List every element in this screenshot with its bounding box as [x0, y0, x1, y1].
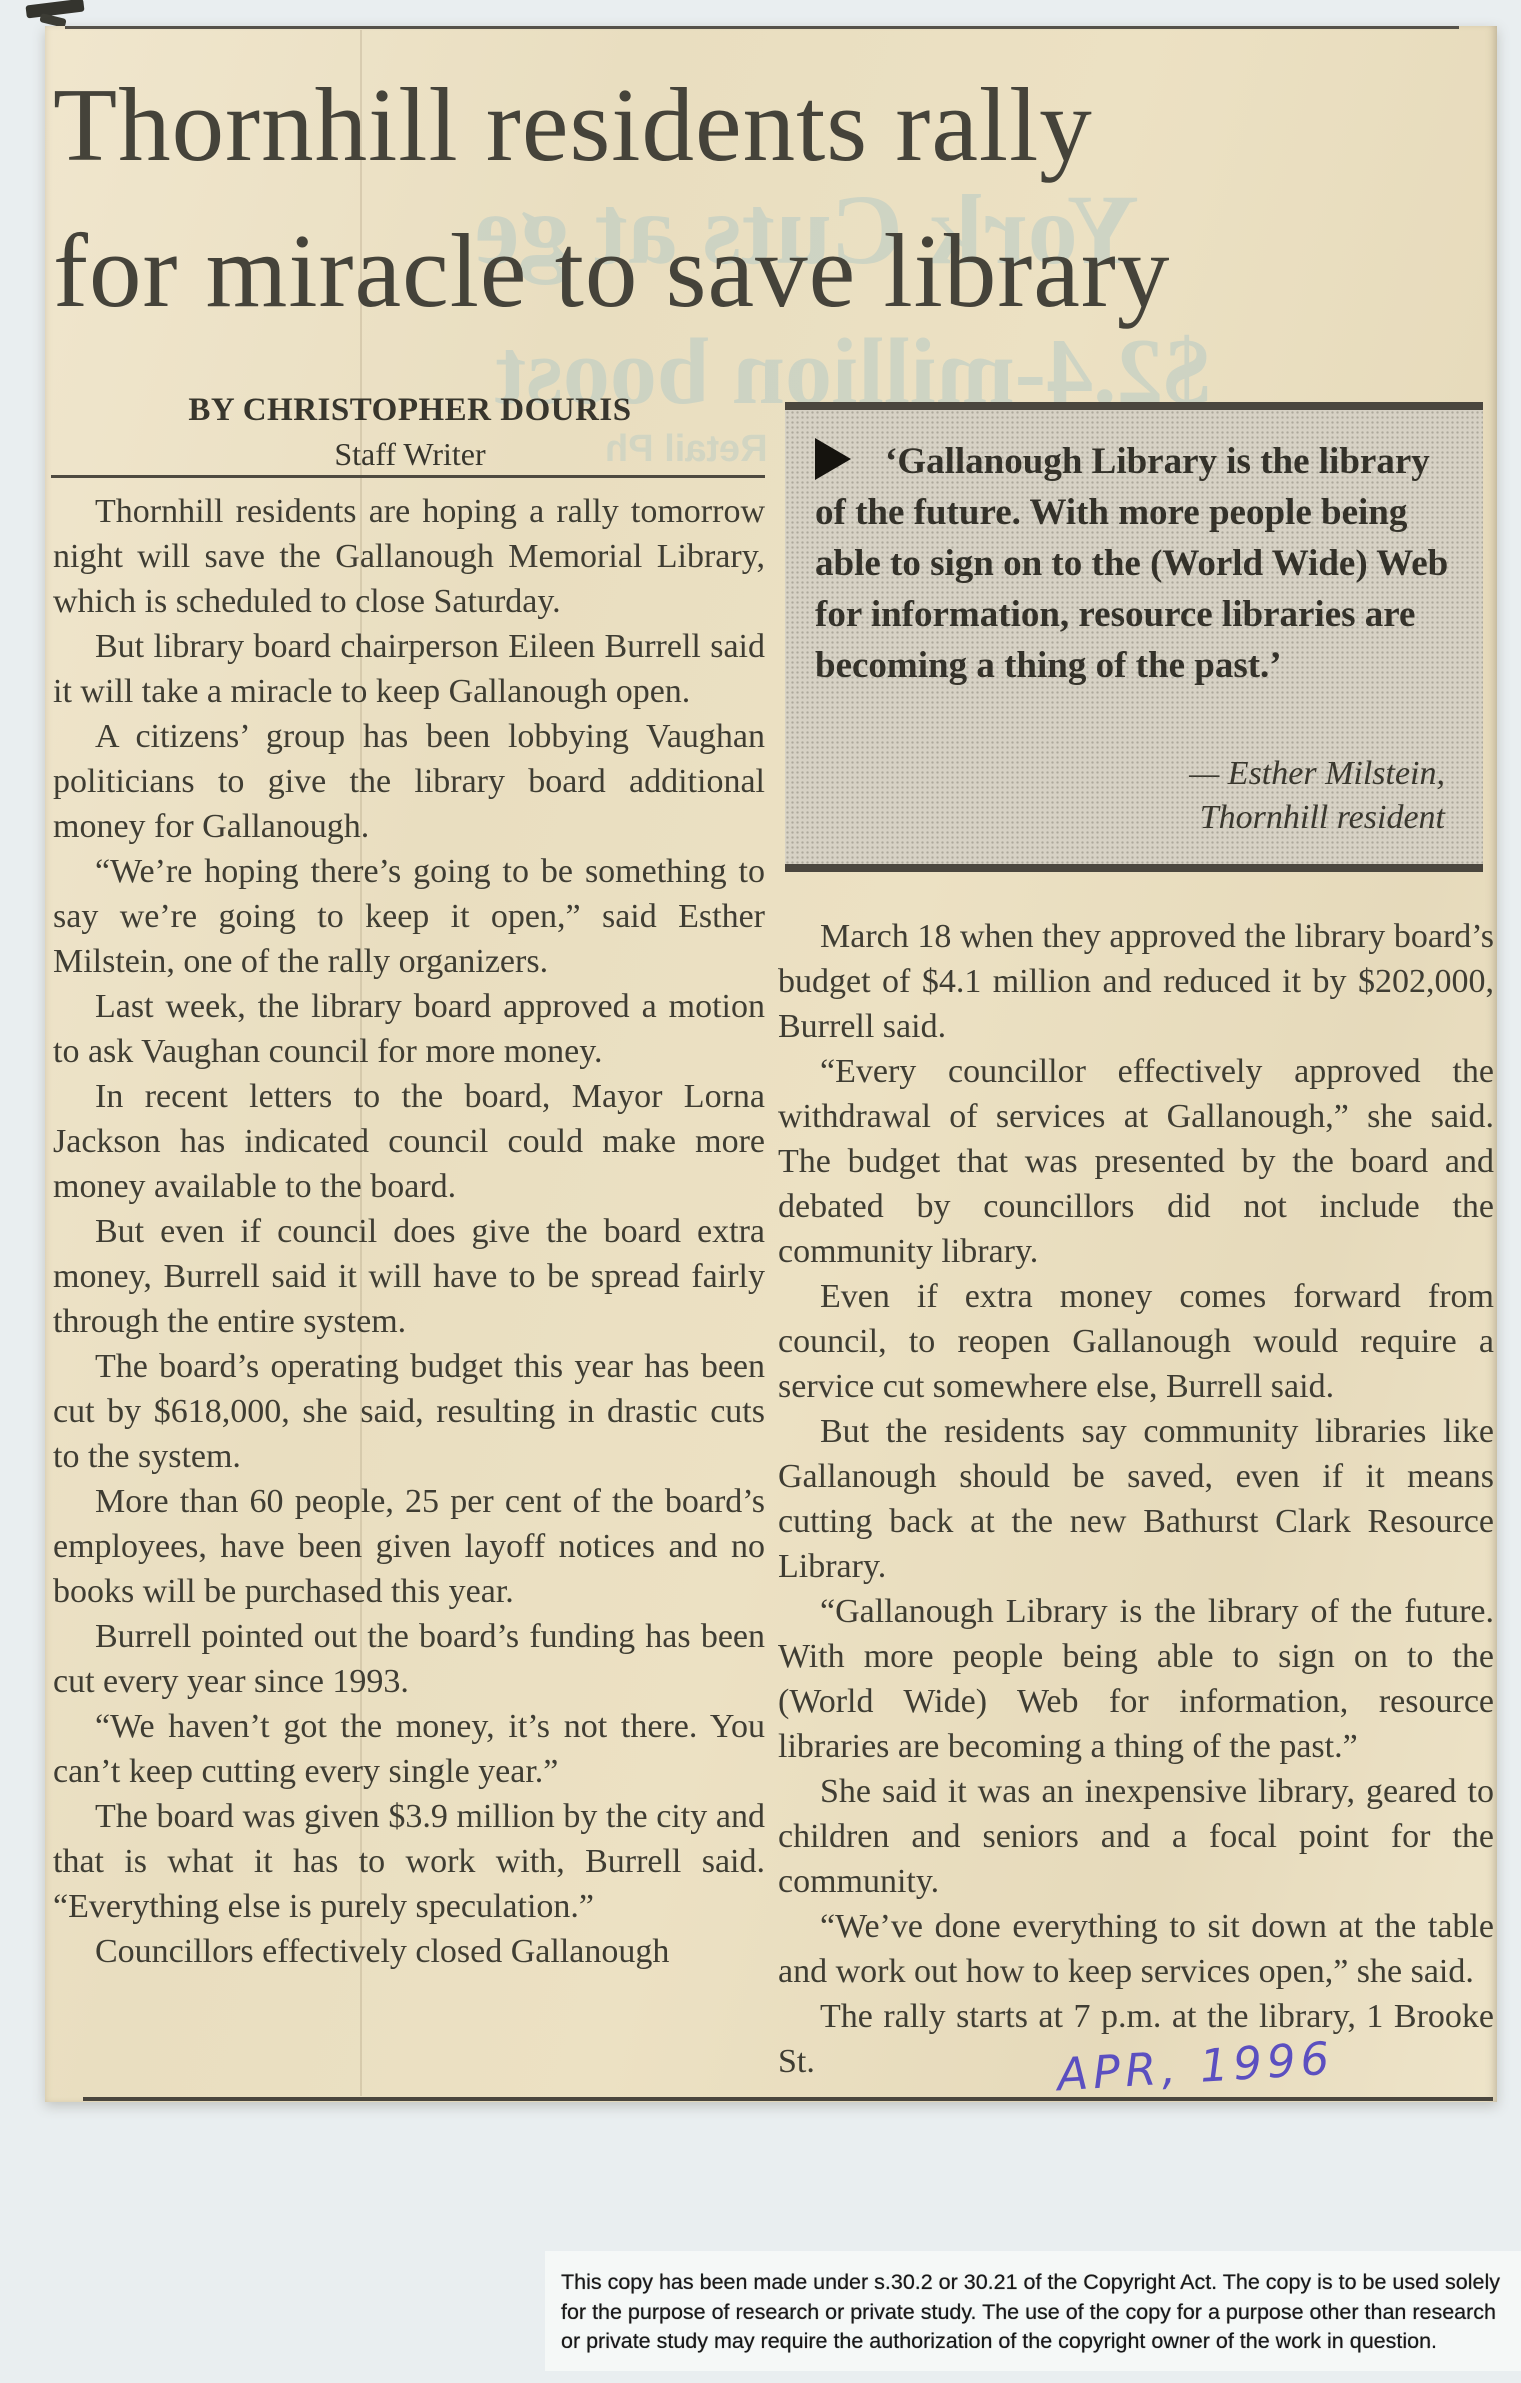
article-paragraph: But library board chairperson Eileen Bur…: [53, 624, 765, 714]
byline-author: BY CHRISTOPHER DOURIS: [53, 392, 767, 429]
headline: Thornhill residents rallyfor miracle to …: [53, 52, 1493, 344]
article-paragraph: More than 60 people, 25 per cent of the …: [53, 1479, 765, 1614]
copyright-stamp-line: for the purpose of research or private s…: [561, 2298, 1515, 2328]
right-arrow-icon: [815, 438, 851, 480]
headline-line-2: for miracle to save library: [53, 212, 1170, 329]
article-paragraph: March 18 when they approved the library …: [778, 914, 1494, 1049]
article-paragraph: “We haven’t got the money, it’s not ther…: [53, 1704, 765, 1794]
article-paragraph: The board was given $3.9 million by the …: [53, 1794, 765, 1929]
article-paragraph: But the residents say community librarie…: [778, 1409, 1494, 1589]
article-paragraph: Even if extra money comes forward from c…: [778, 1274, 1494, 1409]
attribution-name: — Esther Milstein,: [1189, 752, 1445, 796]
article-paragraph: Thornhill residents are hoping a rally t…: [53, 489, 765, 624]
article-paragraph: She said it was an inexpensive library, …: [778, 1769, 1494, 1904]
byline: BY CHRISTOPHER DOURIS Staff Writer: [53, 392, 767, 473]
pull-quote-text: ‘Gallanough Library is the library of th…: [815, 436, 1453, 691]
article-column-left: Thornhill residents are hoping a rally t…: [53, 489, 765, 1974]
article-paragraph: The board’s operating budget this year h…: [53, 1344, 765, 1479]
attribution-title: Thornhill resident: [1189, 796, 1445, 840]
clipping-top-edge: [65, 26, 1459, 29]
newspaper-clipping: York Cuts at ge $2.4-million boost Retai…: [45, 26, 1497, 2102]
article-paragraph: Councillors effectively closed Gallanoug…: [53, 1929, 765, 1974]
copyright-stamp-line: This copy has been made under s.30.2 or …: [561, 2268, 1515, 2298]
article-paragraph: A citizens’ group has been lobbying Vaug…: [53, 714, 765, 849]
byline-role: Staff Writer: [53, 436, 767, 473]
scan-background: York Cuts at ge $2.4-million boost Retai…: [0, 0, 1521, 2383]
article-paragraph: “We’re hoping there’s going to be someth…: [53, 849, 765, 984]
copyright-stamp: This copy has been made under s.30.2 or …: [545, 2251, 1521, 2371]
pull-quote-attribution: — Esther Milstein, Thornhill resident: [1189, 752, 1445, 840]
byline-rule: [51, 475, 765, 478]
article-paragraph: But even if council does give the board …: [53, 1209, 765, 1344]
pull-quote-box: ‘Gallanough Library is the library of th…: [785, 402, 1483, 872]
copyright-stamp-line: or private study may require the authori…: [561, 2327, 1515, 2357]
article-paragraph: “Gallanough Library is the library of th…: [778, 1589, 1494, 1769]
article-paragraph: “We’ve done everything to sit down at th…: [778, 1904, 1494, 1994]
pull-quote-body: ‘Gallanough Library is the library of th…: [815, 441, 1448, 686]
clipping-bottom-edge: [83, 2097, 1493, 2101]
article-paragraph: “Every councillor effectively approved t…: [778, 1049, 1494, 1274]
article-paragraph: Burrell pointed out the board’s funding …: [53, 1614, 765, 1704]
headline-line-1: Thornhill residents rally: [53, 66, 1093, 183]
article-paragraph: Last week, the library board approved a …: [53, 984, 765, 1074]
article-column-right: March 18 when they approved the library …: [778, 914, 1494, 2084]
article-paragraph: In recent letters to the board, Mayor Lo…: [53, 1074, 765, 1209]
